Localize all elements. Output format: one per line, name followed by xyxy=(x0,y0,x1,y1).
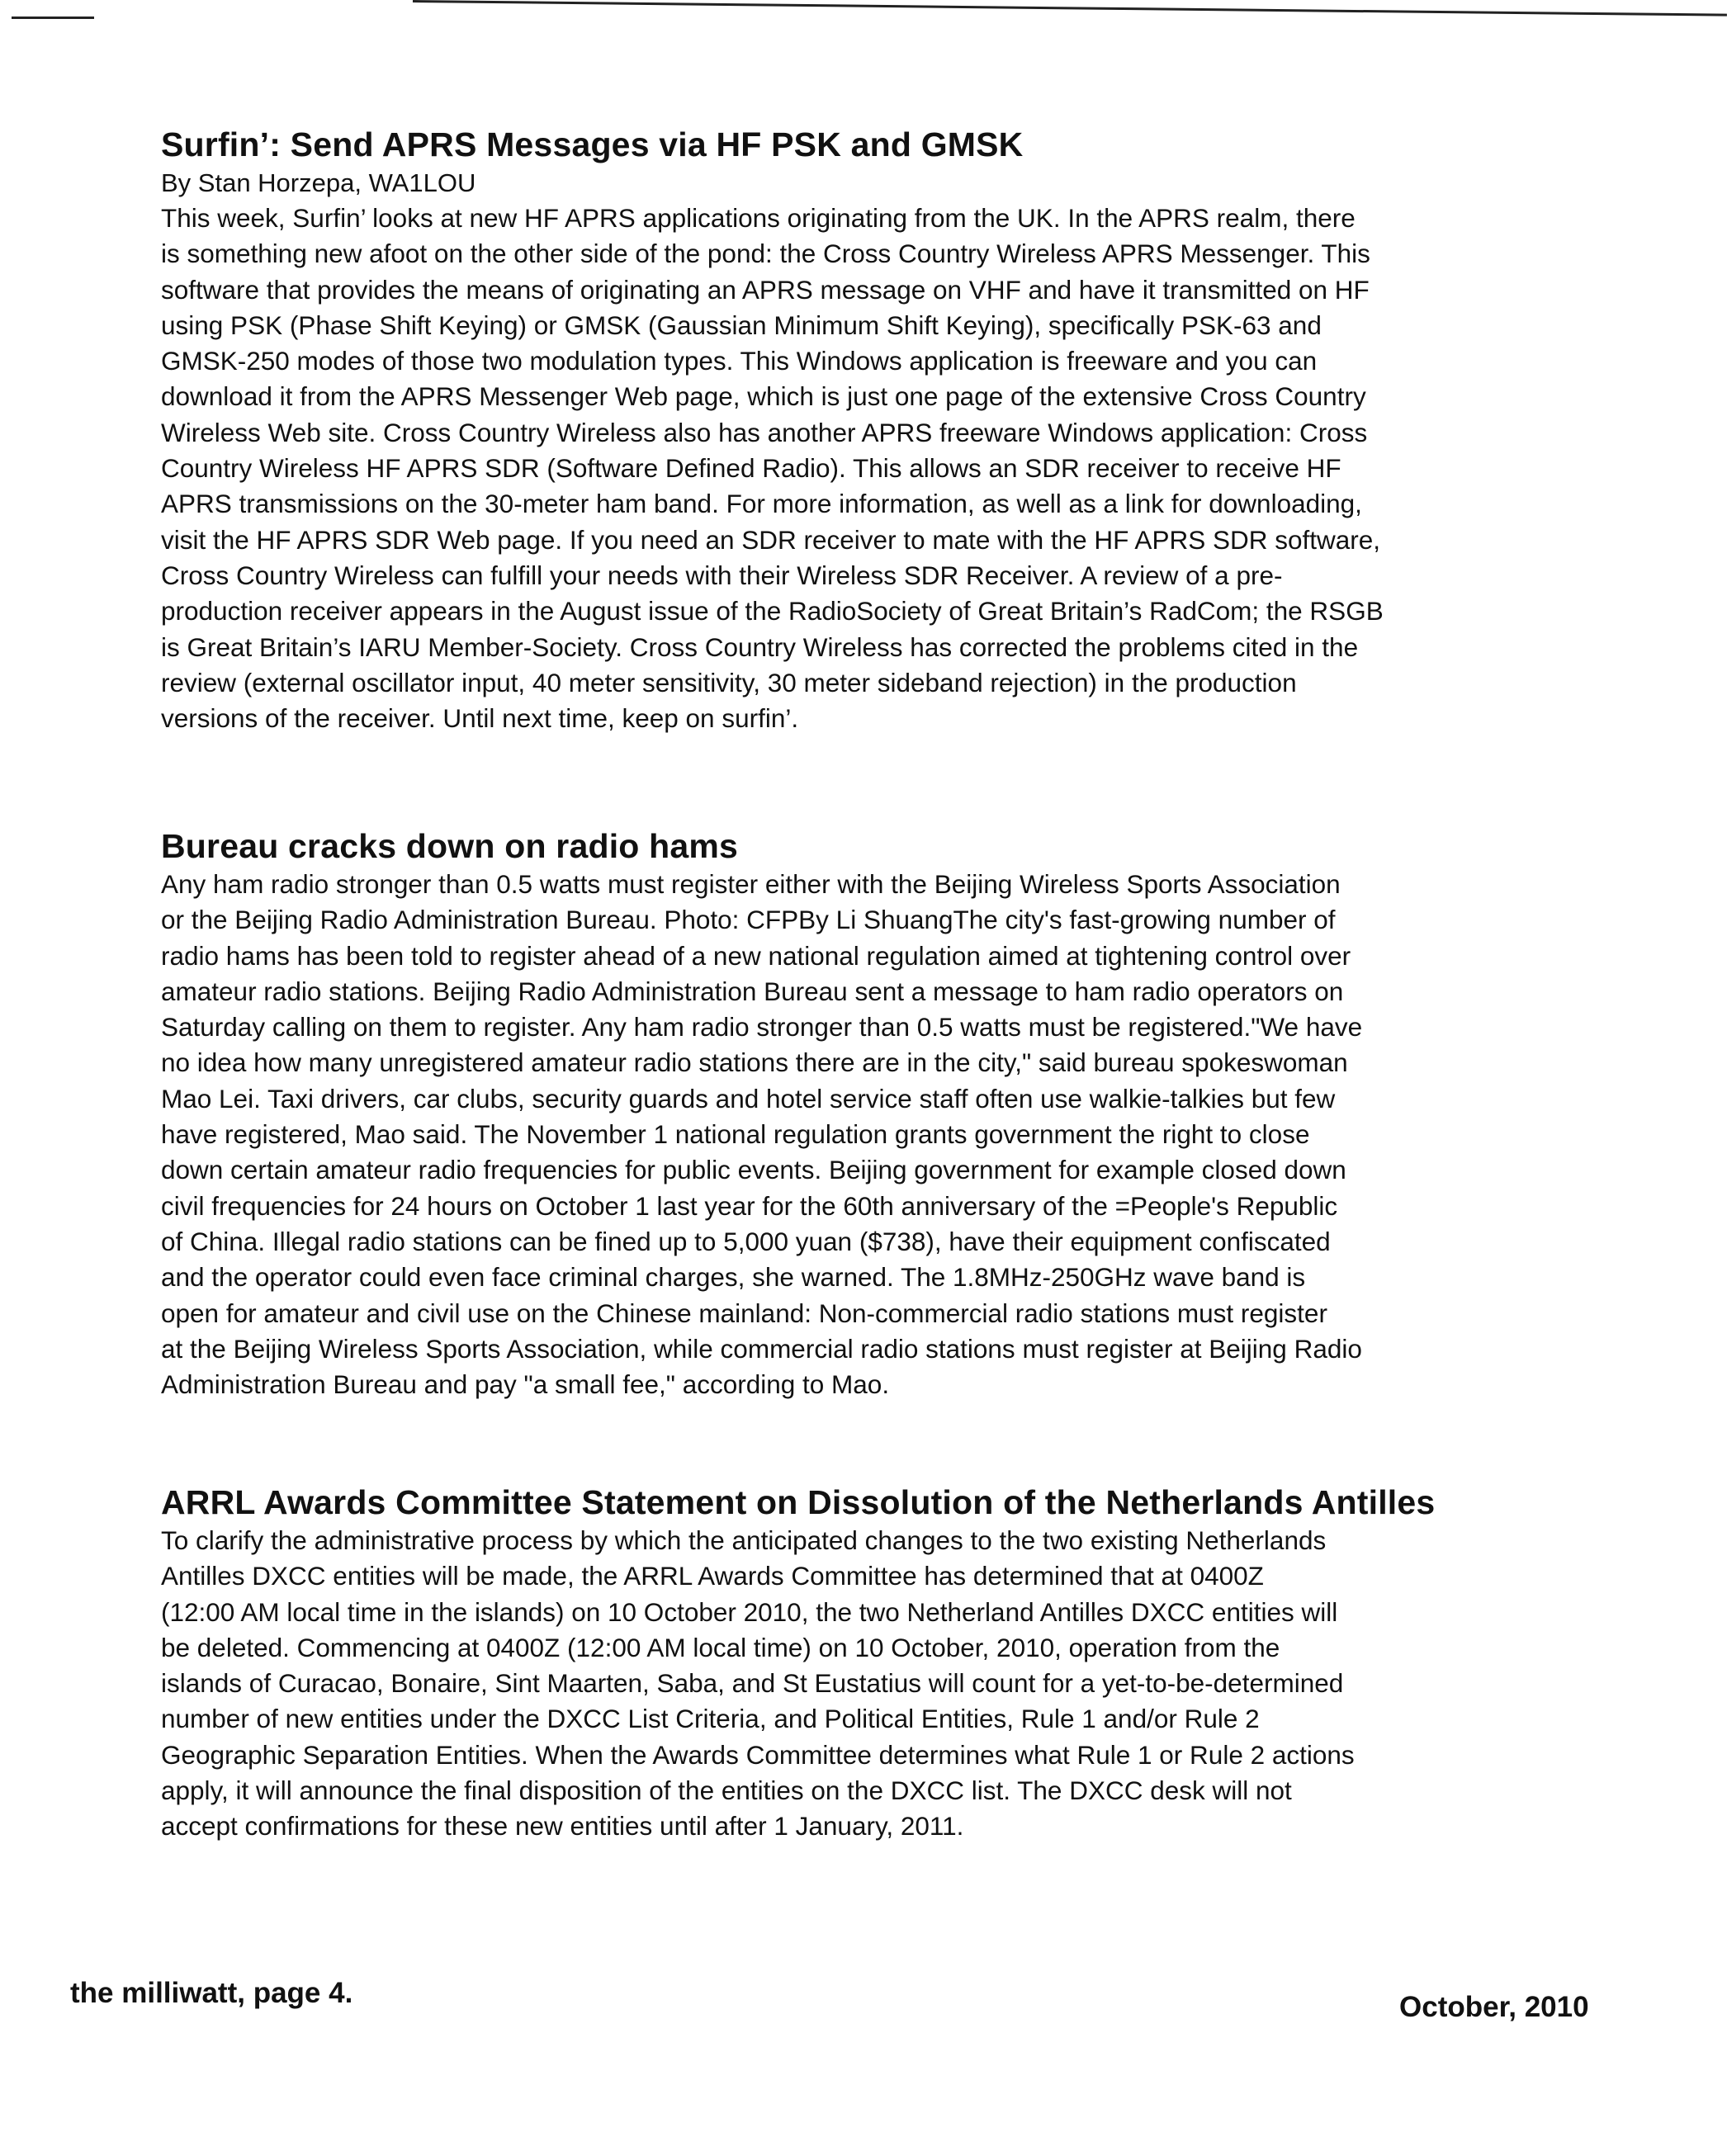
article-body: This week, Surfin’ looks at new HF APRS … xyxy=(161,201,1622,736)
body-line: Country Wireless HF APRS SDR (Software D… xyxy=(161,451,1622,486)
body-line: radio hams has been told to register ahe… xyxy=(161,939,1622,974)
body-line: APRS transmissions on the 30-meter ham b… xyxy=(161,486,1622,522)
scan-edge-line xyxy=(12,17,94,19)
body-line: Any ham radio stronger than 0.5 watts mu… xyxy=(161,867,1622,902)
body-line: review (external oscillator input, 40 me… xyxy=(161,665,1622,701)
body-line: and the operator could even face crimina… xyxy=(161,1260,1622,1295)
body-line: Administration Bureau and pay "a small f… xyxy=(161,1367,1622,1402)
body-line: is something new afoot on the other side… xyxy=(161,236,1622,272)
body-line: Wireless Web site. Cross Country Wireles… xyxy=(161,415,1622,451)
body-line: number of new entities under the DXCC Li… xyxy=(161,1701,1622,1737)
body-line: software that provides the means of orig… xyxy=(161,272,1622,308)
body-line: (12:00 AM local time in the islands) on … xyxy=(161,1595,1622,1630)
body-line: civil frequencies for 24 hours on Octobe… xyxy=(161,1189,1622,1224)
body-line: be deleted. Commencing at 0400Z (12:00 A… xyxy=(161,1630,1622,1666)
article-byline: By Stan Horzepa, WA1LOU xyxy=(161,165,1622,201)
article-surfin: Surfin’: Send APRS Messages via HF PSK a… xyxy=(161,124,1622,736)
body-line: islands of Curacao, Bonaire, Sint Maarte… xyxy=(161,1666,1622,1701)
body-line: using PSK (Phase Shift Keying) or GMSK (… xyxy=(161,308,1622,343)
body-line: open for amateur and civil use on the Ch… xyxy=(161,1296,1622,1331)
body-line: no idea how many unregistered amateur ra… xyxy=(161,1045,1622,1080)
body-line: accept confirmations for these new entit… xyxy=(161,1808,1622,1844)
body-line: GMSK-250 modes of those two modulation t… xyxy=(161,343,1622,379)
body-line: visit the HF APRS SDR Web page. If you n… xyxy=(161,522,1622,558)
body-line: amateur radio stations. Beijing Radio Ad… xyxy=(161,974,1622,1009)
article-title: Surfin’: Send APRS Messages via HF PSK a… xyxy=(161,124,1622,165)
article-title: Bureau cracks down on radio hams xyxy=(161,825,1622,867)
footer-date: October, 2010 xyxy=(1399,1991,1589,2024)
article-body: Any ham radio stronger than 0.5 watts mu… xyxy=(161,867,1622,1402)
body-line: This week, Surfin’ looks at new HF APRS … xyxy=(161,201,1622,236)
body-line: To clarify the administrative process by… xyxy=(161,1523,1622,1558)
body-line: down certain amateur radio frequencies f… xyxy=(161,1152,1622,1188)
body-line: of China. Illegal radio stations can be … xyxy=(161,1224,1622,1260)
body-line: Geographic Separation Entities. When the… xyxy=(161,1738,1622,1773)
body-line: Antilles DXCC entities will be made, the… xyxy=(161,1558,1622,1594)
header-rule xyxy=(413,0,1727,17)
body-line: Cross Country Wireless can fulfill your … xyxy=(161,558,1622,593)
body-line: apply, it will announce the final dispos… xyxy=(161,1773,1622,1808)
article-arrl: ARRL Awards Committee Statement on Disso… xyxy=(161,1482,1622,1845)
body-line: production receiver appears in the Augus… xyxy=(161,593,1622,629)
body-line: download it from the APRS Messenger Web … xyxy=(161,379,1622,414)
body-line: at the Beijing Wireless Sports Associati… xyxy=(161,1331,1622,1367)
body-line: is Great Britain’s IARU Member-Society. … xyxy=(161,630,1622,665)
body-line: or the Beijing Radio Administration Bure… xyxy=(161,902,1622,938)
article-body: To clarify the administrative process by… xyxy=(161,1523,1622,1845)
article-title: ARRL Awards Committee Statement on Disso… xyxy=(161,1482,1622,1523)
article-bureau: Bureau cracks down on radio hams Any ham… xyxy=(161,825,1622,1402)
footer-publication: the milliwatt, page 4. xyxy=(70,1977,352,2010)
body-line: Mao Lei. Taxi drivers, car clubs, securi… xyxy=(161,1081,1622,1117)
body-line: have registered, Mao said. The November … xyxy=(161,1117,1622,1152)
body-line: versions of the receiver. Until next tim… xyxy=(161,701,1622,736)
body-line: Saturday calling on them to register. An… xyxy=(161,1009,1622,1045)
